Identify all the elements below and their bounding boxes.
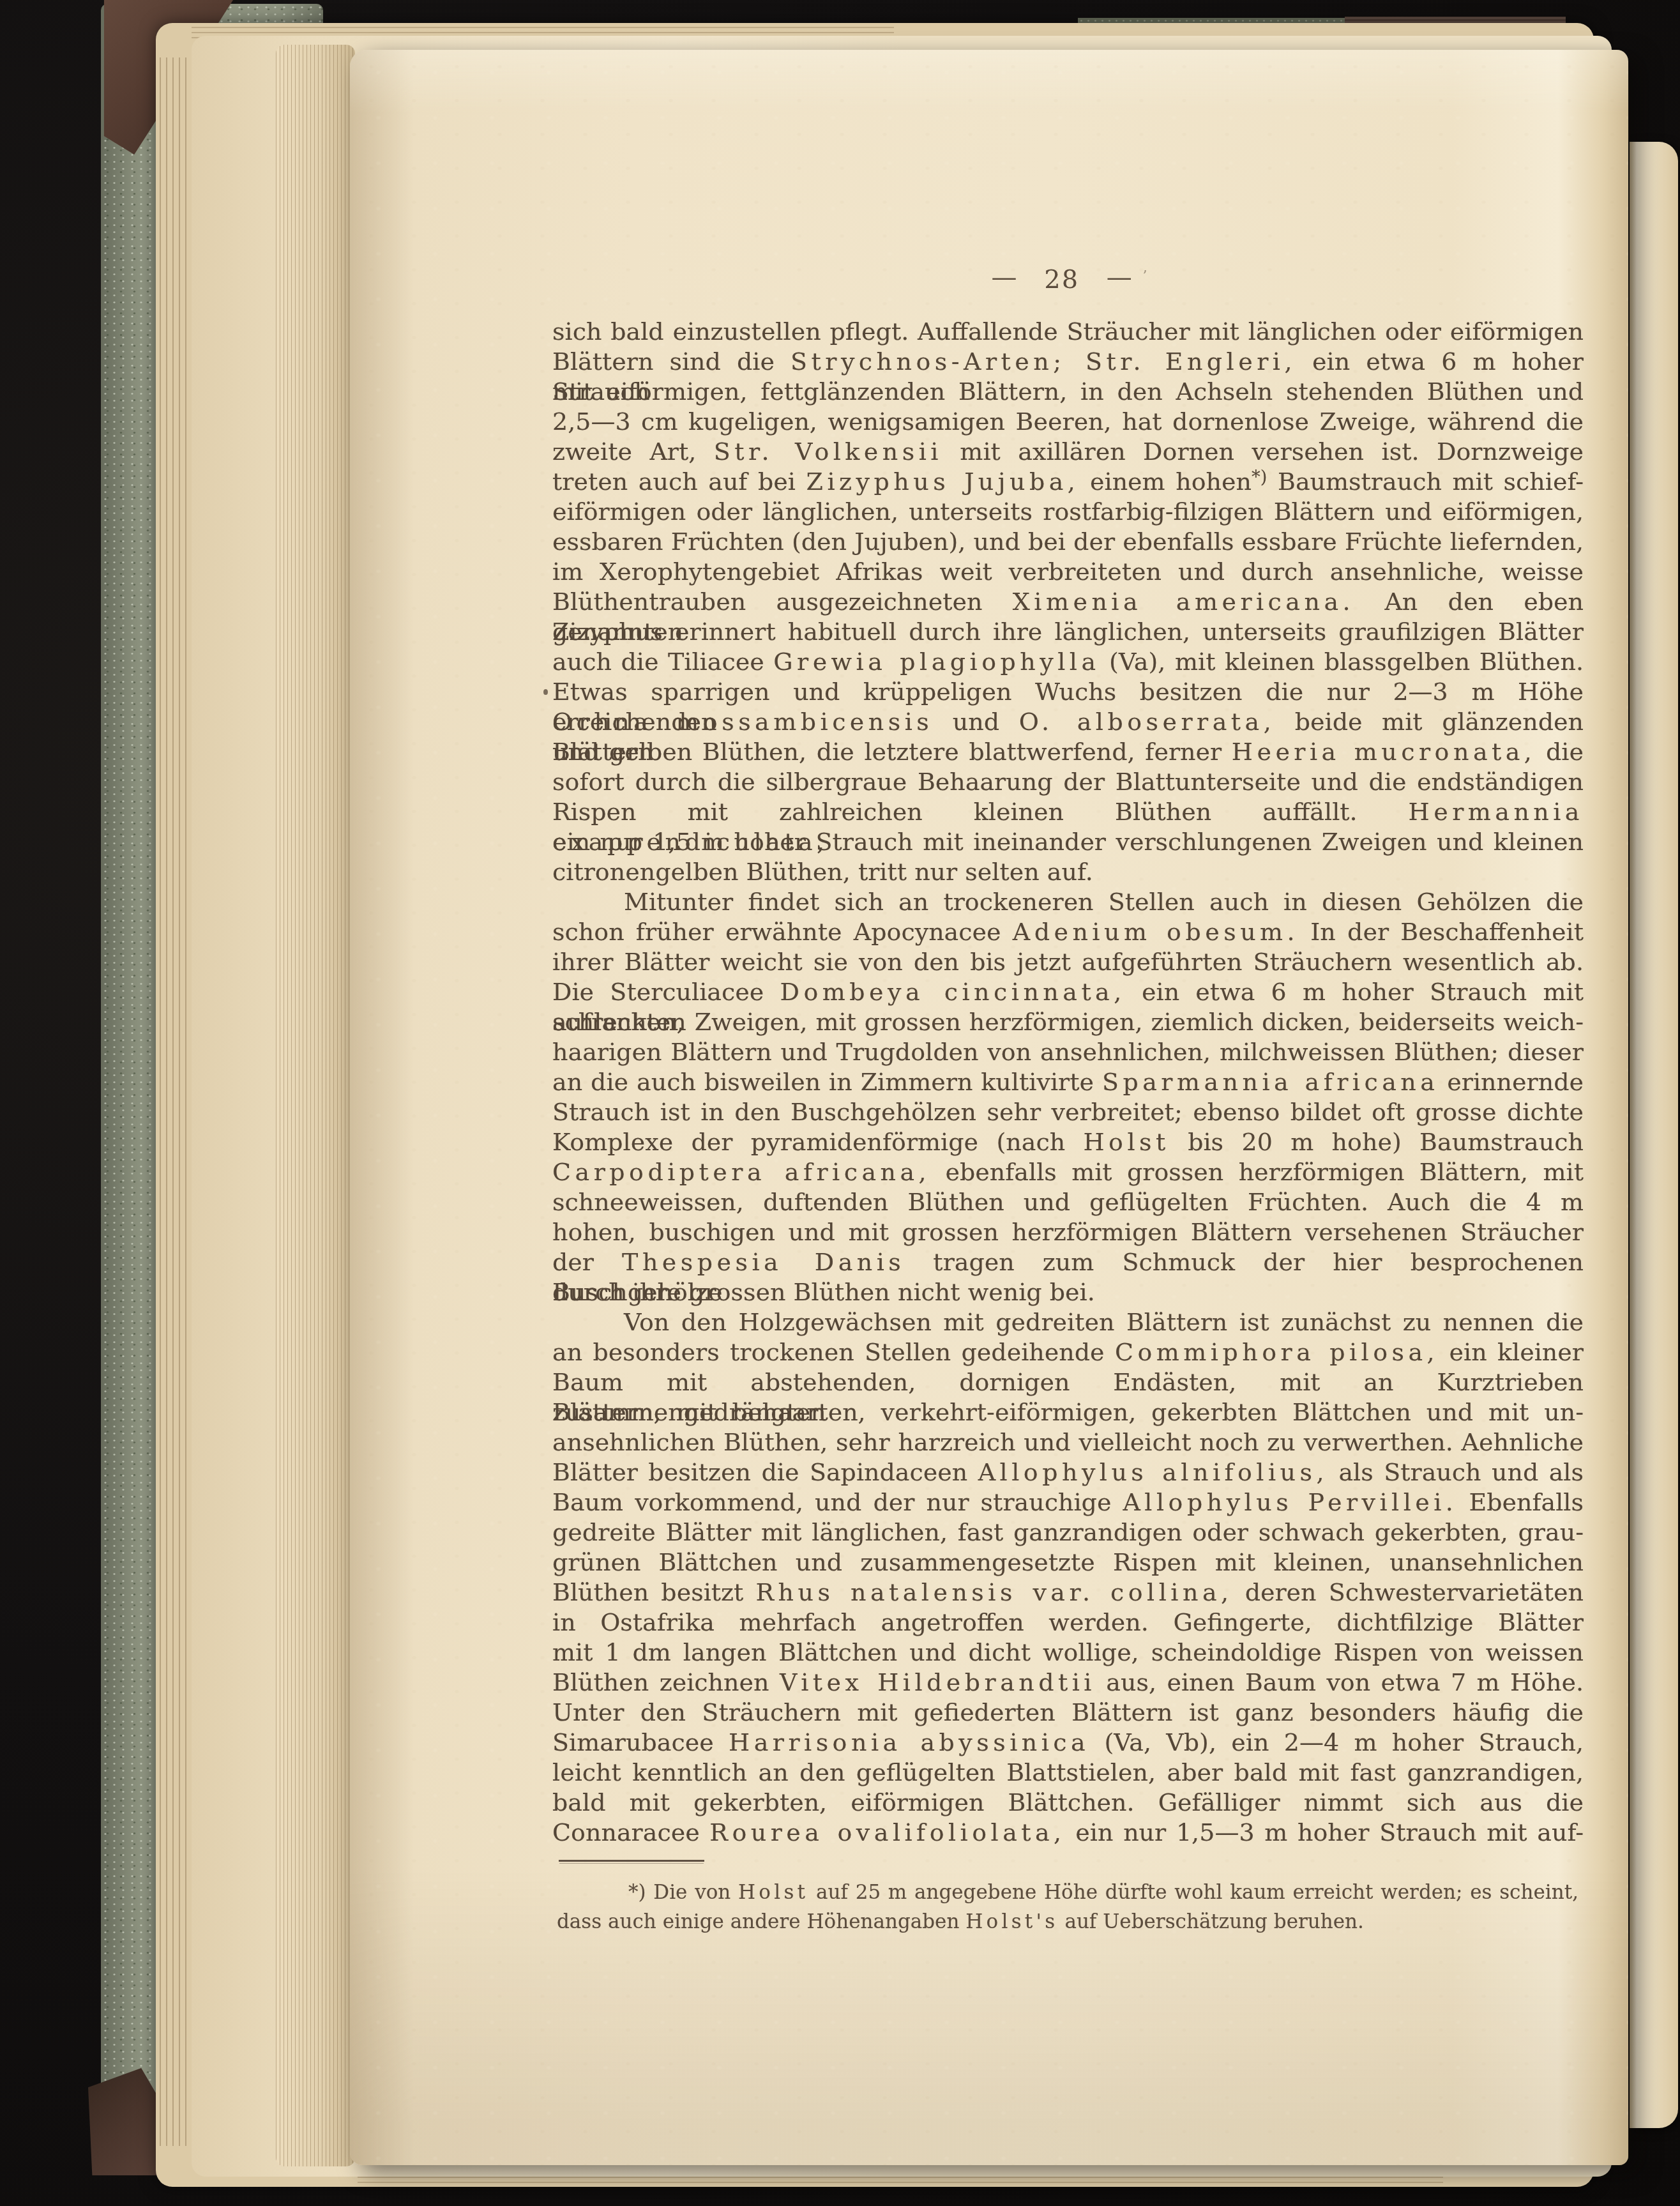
- text-segment: (Va, Vb), ein 2—4 m hoher Strauch,: [1089, 1728, 1584, 1756]
- text-segment: Von den Holzgewächsen mit gedreiten Blät…: [624, 1308, 1584, 1336]
- text-line: sofort durch die silbergraue Behaarung d…: [552, 767, 1584, 797]
- species-name: Sparmannia africana: [1102, 1068, 1439, 1096]
- text-segment: Ebenfalls: [1457, 1488, 1584, 1516]
- text-segment: ansehnlichen Blüthen, sehr harzreich und…: [552, 1428, 1584, 1456]
- text-segment: deren Schwestervarietäten: [1233, 1578, 1584, 1606]
- ink-speck-mark: ’: [1143, 268, 1147, 284]
- text-segment: auf 25 m angegebene Höhe dürfte wohl kau…: [808, 1881, 1578, 1904]
- text-line: schneeweissen, duftenden Blüthen und gef…: [552, 1187, 1584, 1217]
- text-line: Baum mit abstehenden, dornigen Endästen,…: [552, 1367, 1584, 1397]
- text-segment: erinnernde: [1439, 1068, 1584, 1096]
- species-name: Dombeya cincinnata,: [780, 978, 1126, 1006]
- species-name: Ochna mossambicensis: [552, 708, 933, 736]
- text-line: Blüthentrauben ausgezeichneten Ximenia a…: [552, 587, 1584, 617]
- text-segment: essbaren Früchten (den Jujuben), und bei…: [552, 528, 1584, 556]
- text-line: mit 1 dm langen Blättchen und dicht woll…: [552, 1638, 1584, 1668]
- species-name: Adenium obesum.: [1013, 918, 1299, 946]
- text-line: an besonders trockenen Stellen gedeihend…: [552, 1337, 1584, 1367]
- text-segment: mit eiförmigen, fettglänzenden Blättern,…: [552, 377, 1584, 406]
- text-line: leicht kenntlich an den geflügelten Blat…: [552, 1758, 1584, 1788]
- text-line: der Thespesia Danis tragen zum Schmuck d…: [552, 1247, 1584, 1277]
- text-segment: an besonders trockenen Stellen gedeihend…: [552, 1338, 1115, 1366]
- text-line: durch ihre grossen Blüthen nicht wenig b…: [552, 1277, 1584, 1307]
- text-segment: Blüthen besitzt: [552, 1578, 756, 1606]
- text-line: Connaracee Rourea ovalifoliolata, ein nu…: [552, 1818, 1584, 1848]
- text-segment: treten auch auf bei: [552, 468, 806, 496]
- text-segment: aus, einen Baum von etwa 7 m Höhe.: [1096, 1668, 1584, 1696]
- text-line: treten auch auf bei Zizyphus Jujuba, ein…: [552, 467, 1584, 497]
- text-line: ihrer Blätter weicht sie von den bis jet…: [552, 947, 1584, 977]
- text-line: Von den Holzgewächsen mit gedreiten Blät…: [552, 1307, 1584, 1337]
- text-line: Blätter besitzen die Sapindaceen Allophy…: [552, 1457, 1584, 1487]
- text-line: ansehnlichen Blüthen, sehr harzreich und…: [552, 1427, 1584, 1457]
- text-segment: als Strauch und als: [1328, 1458, 1584, 1486]
- text-segment: 2,5—3 cm kugeligen, wenigsamigen Beeren,…: [552, 407, 1584, 436]
- text-segment: sofort durch die silbergraue Behaarung d…: [552, 768, 1584, 796]
- species-name: Rhus natalensis var. collina,: [756, 1578, 1233, 1606]
- footnote-text: *) Die von Holst auf 25 m angegebene Höh…: [557, 1878, 1578, 1936]
- text-segment: mit 1 dm langen Blättchen und dicht woll…: [552, 1638, 1584, 1666]
- text-line: Komplexe der pyramidenförmige (nach Hols…: [552, 1127, 1584, 1157]
- text-line: mit eiförmigen, fettglänzenden Blättern,…: [552, 377, 1584, 407]
- header-dash-right: —: [1107, 262, 1132, 292]
- text-line: haarigen Blättern und Trugdolden von ans…: [552, 1037, 1584, 1067]
- text-line: Carpodiptera africana, ebenfalls mit gro…: [552, 1157, 1584, 1187]
- text-segment: eiförmigen oder länglichen, unterseits r…: [552, 498, 1584, 526]
- text-segment: In der Beschaffenheit: [1299, 918, 1584, 946]
- text-line: an die auch bisweilen in Zimmern kultivi…: [552, 1067, 1584, 1097]
- text-line: eiförmigen oder länglichen, unterseits r…: [552, 497, 1584, 527]
- species-name: Grewia plagiophylla: [773, 648, 1100, 676]
- text-segment: Die Sterculiacee: [552, 978, 780, 1006]
- book-photo: — 28 — ’ sich bald einzustellen pflegt. …: [0, 0, 1680, 2206]
- text-segment: Blüthen zeichnen: [552, 1668, 780, 1696]
- species-name: Thespesia Danis: [622, 1248, 905, 1276]
- text-segment: Komplexe der pyramidenförmige (nach: [552, 1128, 1084, 1156]
- text-segment: Baumstrauch mit schief-: [1267, 468, 1584, 496]
- text-segment: im Xerophytengebiet Afrikas weit verbrei…: [552, 558, 1584, 586]
- species-name: Holst: [1084, 1128, 1170, 1156]
- text-line: und gelben Blüthen, die letztere blattwe…: [552, 737, 1584, 767]
- text-line: im Xerophytengebiet Afrikas weit verbrei…: [552, 557, 1584, 587]
- body-text: sich bald einzustellen pflegt. Auffallen…: [552, 317, 1584, 1848]
- text-segment: Blättern, mit behaarten, verkehrt-eiförm…: [552, 1398, 1584, 1426]
- text-segment: leicht kenntlich an den geflügelten Blat…: [552, 1758, 1584, 1786]
- text-line: 2,5—3 cm kugeligen, wenigsamigen Beeren,…: [552, 407, 1584, 437]
- text-line: Ochna mossambicensis und O. alboserrata,…: [552, 707, 1584, 737]
- text-line: Etwas sparrigen und krüppeligen Wuchs be…: [552, 677, 1584, 707]
- text-segment: an die auch bisweilen in Zimmern kultivi…: [552, 1068, 1102, 1096]
- text-segment: grünen Blättchen und zusammengesetzte Ri…: [552, 1548, 1584, 1576]
- text-line: in Ostafrika mehrfach angetroffen werden…: [552, 1608, 1584, 1638]
- text-line: citronengelben Blüthen, tritt nur selten…: [552, 857, 1584, 887]
- page-edge-hairlines-left: [160, 57, 188, 2146]
- text-line: dass auch einige andere Höhenangaben Hol…: [557, 1907, 1578, 1936]
- species-name: Allophylus alnifolius,: [978, 1458, 1328, 1486]
- text-segment: (Va), mit kleinen blassgelben Blüthen.: [1100, 648, 1584, 676]
- species-name: Str. Volkensii: [714, 437, 942, 466]
- text-line: sich bald einzustellen pflegt. Auffallen…: [552, 317, 1584, 347]
- text-segment: auf Ueberschätzung beruhen.: [1059, 1910, 1364, 1933]
- text-segment: citronengelben Blüthen, tritt nur selten…: [552, 858, 1093, 886]
- text-segment: ein nur 1,5 m hoher Strauch mit ineinand…: [552, 828, 1584, 856]
- species-name: Holst: [738, 1881, 808, 1904]
- text-segment: Zizyphus erinnert habituell durch ihre l…: [552, 618, 1584, 646]
- text-segment: und: [933, 708, 1018, 736]
- next-page-sliver: [1630, 142, 1678, 2128]
- text-line: Blättern, mit behaarten, verkehrt-eiförm…: [552, 1397, 1584, 1427]
- text-segment: Simarubacee: [552, 1728, 729, 1756]
- text-line: gedreite Blätter mit länglichen, fast ga…: [552, 1518, 1584, 1548]
- text-segment: sich bald einzustellen pflegt. Auffallen…: [552, 317, 1584, 346]
- header-dash-left: —: [991, 262, 1017, 292]
- text-line: Unter den Sträuchern mit gefiederten Blä…: [552, 1698, 1584, 1728]
- species-name: Carpodiptera africana,: [552, 1158, 930, 1186]
- text-segment: aufrechten Zweigen, mit grossen herzförm…: [552, 1008, 1584, 1036]
- species-name: Allophylus Pervillei.: [1123, 1488, 1457, 1516]
- text-segment: der: [552, 1248, 622, 1276]
- text-segment: die: [1536, 738, 1584, 766]
- text-segment: bis 20 m hohe) Baumstrauch: [1170, 1128, 1584, 1156]
- text-line: ein nur 1,5 m hoher Strauch mit ineinand…: [552, 827, 1584, 857]
- text-line: aufrechten Zweigen, mit grossen herzförm…: [552, 1007, 1584, 1037]
- text-line: Die Sterculiacee Dombeya cincinnata, ein…: [552, 977, 1584, 1007]
- footnote-rule: [559, 1860, 704, 1862]
- text-line: Baum vorkommend, und der nur strauchige …: [552, 1487, 1584, 1518]
- text-segment: Unter den Sträuchern mit gefiederten Blä…: [552, 1698, 1584, 1726]
- text-line: zweite Art, Str. Volkensii mit axillären…: [552, 437, 1584, 467]
- text-segment: Blüthentrauben ausgezeichneten: [552, 588, 1013, 616]
- text-segment: hohen, buschigen und mit grossen herzför…: [552, 1218, 1584, 1246]
- text-line: Strauch ist in den Buschgehölzen sehr ve…: [552, 1097, 1584, 1127]
- text-segment: Blätter besitzen die Sapindaceen: [552, 1458, 978, 1486]
- text-segment: Connaracee: [552, 1818, 709, 1846]
- species-name: Harrisonia abyssinica: [729, 1728, 1089, 1756]
- text-line: *) Die von Holst auf 25 m angegebene Höh…: [557, 1878, 1578, 1907]
- species-name: Zizyphus Jujuba,: [806, 468, 1080, 496]
- text-segment: ein nur 1,5—3 m hoher Strauch mit auf-: [1066, 1818, 1584, 1846]
- text-segment: Mitunter findet sich an trockeneren Stel…: [624, 888, 1584, 916]
- species-name: Ximenia americana.: [1013, 588, 1354, 616]
- text-line: grünen Blättchen und zusammengesetzte Ri…: [552, 1548, 1584, 1578]
- text-segment: haarigen Blättern und Trugdolden von ans…: [552, 1038, 1584, 1066]
- text-segment: in Ostafrika mehrfach angetroffen werden…: [552, 1608, 1584, 1636]
- species-name: O. alboserrata,: [1019, 708, 1275, 736]
- text-segment: dass auch einige andere Höhenangaben: [557, 1910, 965, 1933]
- text-line: Blüthen zeichnen Vitex Hildebrandtii aus…: [552, 1668, 1584, 1698]
- text-segment: *) Die von: [628, 1881, 738, 1904]
- species-name: Holst's: [965, 1910, 1058, 1933]
- text-segment: zweite Art,: [552, 437, 714, 466]
- text-line: auch die Tiliacee Grewia plagiophylla (V…: [552, 647, 1584, 677]
- text-segment: auch die Tiliacee: [552, 648, 773, 676]
- text-segment: Blättern sind die: [552, 347, 791, 376]
- species-name: Heeria mucronata,: [1232, 738, 1536, 766]
- text-line: bald mit gekerbten, eiförmigen Blättchen…: [552, 1788, 1584, 1818]
- text-segment: mit axillären Dornen versehen ist. Dornz…: [942, 437, 1584, 466]
- text-segment: bald mit gekerbten, eiförmigen Blättchen…: [552, 1788, 1584, 1816]
- text-segment: ebenfalls mit grossen herzförmigen Blätt…: [930, 1158, 1584, 1186]
- text-segment: schon früher erwähnte Apocynacee: [552, 918, 1013, 946]
- text-line: Blättern sind die Strychnos-Arten; Str. …: [552, 347, 1584, 377]
- footnote-marker: *): [1252, 468, 1267, 487]
- text-segment: Baum vorkommend, und der nur strauchige: [552, 1488, 1123, 1516]
- text-line: schon früher erwähnte Apocynacee Adenium…: [552, 917, 1584, 947]
- species-name: Vitex Hildebrandtii: [780, 1668, 1096, 1696]
- text-line: Rispen mit zahlreichen kleinen Blüthen a…: [552, 797, 1584, 827]
- text-segment: Rispen mit zahlreichen kleinen Blüthen a…: [552, 798, 1409, 826]
- text-segment: einem hohen: [1079, 468, 1252, 496]
- page-header: — 28 — ’: [552, 262, 1584, 298]
- text-line: essbaren Früchten (den Jujuben), und bei…: [552, 527, 1584, 557]
- text-line: Blüthen besitzt Rhus natalensis var. col…: [552, 1578, 1584, 1608]
- text-segment: und gelben Blüthen, die letztere blattwe…: [552, 738, 1232, 766]
- page-number: 28: [1044, 265, 1079, 294]
- text-line: Simarubacee Harrisonia abyssinica (Va, V…: [552, 1728, 1584, 1758]
- leaf-fore-edge-band: [276, 45, 355, 2166]
- text-line: Zizyphus erinnert habituell durch ihre l…: [552, 617, 1584, 647]
- species-name: Rourea ovalifoliolata,: [709, 1818, 1065, 1846]
- ink-speck: [543, 689, 548, 695]
- text-segment: durch ihre grossen Blüthen nicht wenig b…: [552, 1278, 1095, 1306]
- species-name: Strychnos-Arten; Str. Engleri,: [791, 347, 1296, 376]
- text-segment: gedreite Blätter mit länglichen, fast ga…: [552, 1518, 1584, 1546]
- text-line: Mitunter findet sich an trockeneren Stel…: [552, 887, 1584, 917]
- text-line: hohen, buschigen und mit grossen herzför…: [552, 1217, 1584, 1247]
- text-segment: schneeweissen, duftenden Blüthen und gef…: [552, 1188, 1584, 1216]
- species-name: Commiphora pilosa,: [1115, 1338, 1439, 1366]
- text-segment: Strauch ist in den Buschgehölzen sehr ve…: [552, 1098, 1584, 1126]
- text-segment: ein kleiner: [1439, 1338, 1584, 1366]
- text-segment: ihrer Blätter weicht sie von den bis jet…: [552, 948, 1584, 976]
